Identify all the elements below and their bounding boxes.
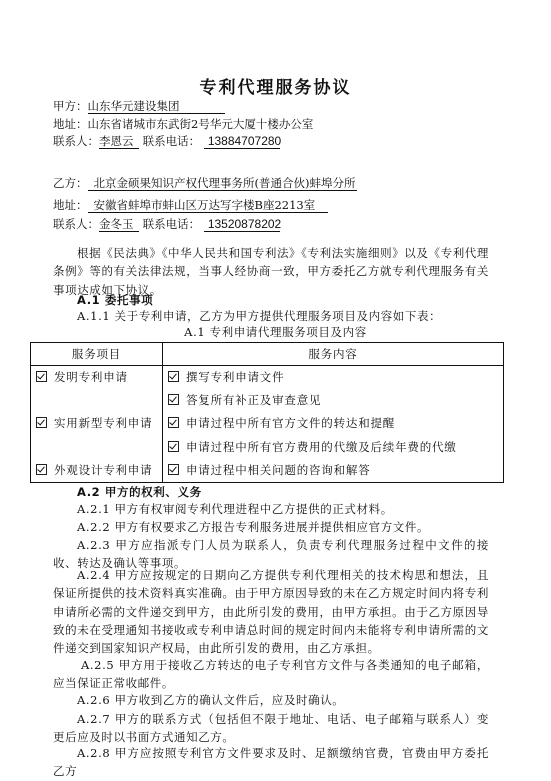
clause-a2-2: A.2.2 甲方有权要求乙方报告专利服务进展并提供相应官方文件。 — [53, 518, 489, 536]
checkbox-checked-icon[interactable] — [168, 394, 179, 405]
checkbox-checked-icon[interactable] — [168, 464, 179, 475]
service-item-invention[interactable]: 发明专利申请 — [31, 366, 162, 389]
service-item-label: 发明专利申请 — [54, 370, 128, 384]
party-b-contact-line: 联系人：金冬玉 联系电话： 13520878202 — [53, 216, 280, 232]
checkbox-checked-icon[interactable] — [36, 417, 47, 428]
service-table: 服务项目 服务内容 发明专利申请 实用新型专利申请 外观设计专利申请 撰写专利申… — [30, 342, 504, 483]
party-a-contact: 李恩云 — [99, 134, 139, 149]
table-caption: A.1 专利申请代理服务项目及内容 — [0, 324, 551, 340]
party-a-phone-label: 联系电话： — [143, 134, 201, 148]
service-content-item[interactable]: 申请过程中所有官方费用的代缴及后续年费的代缴 — [163, 436, 503, 459]
spacer — [31, 389, 162, 412]
service-items-cell: 发明专利申请 实用新型专利申请 外观设计专利申请 — [31, 366, 163, 483]
party-b-label: 乙方： — [53, 176, 88, 190]
clause-a2-8: A.2.8 甲方应按照专利官方文件要求及时、足额缴纳官费，官费由甲方委托乙方 — [53, 744, 489, 781]
table-header-row: 服务项目 服务内容 — [31, 343, 504, 366]
party-b-contact-label: 联系人： — [53, 217, 99, 231]
header-service-items: 服务项目 — [31, 343, 163, 366]
clause-a2-5: A.2.5 甲方用于接收乙方转达的电子专利官方文件与各类通知的电子邮箱，应当保证… — [53, 656, 489, 693]
party-a-contact-line: 联系人：李恩云 联系电话： 13884707280 — [53, 133, 280, 149]
service-item-utility-model[interactable]: 实用新型专利申请 — [31, 412, 162, 435]
party-b-phone: 13520878202 — [204, 217, 280, 232]
section-a2-heading: A.2 甲方的权利、义务 — [53, 483, 202, 501]
party-b-address-label: 地址： — [53, 198, 88, 212]
checkbox-checked-icon[interactable] — [168, 371, 179, 382]
party-b-address: 安徽省蚌埠市蚌山区万达写字楼B座2213室 — [88, 198, 328, 213]
party-a-address-line: 地址：山东省诸城市东武街2号华元大厦十楼办公室 — [53, 116, 313, 132]
party-a-label: 甲方： — [53, 99, 88, 113]
service-content-label: 申请过程中所有官方文件的转达和提醒 — [186, 416, 395, 430]
party-b-address-line: 地址：安徽省蚌埠市蚌山区万达写字楼B座2213室 — [53, 197, 328, 213]
service-content-item[interactable]: 申请过程中所有官方文件的转达和提醒 — [163, 412, 503, 435]
spacer — [31, 436, 162, 459]
party-a-line: 甲方：山东华元建设集团 — [53, 98, 225, 114]
clause-a2-4: A.2.4 甲方应按规定的日期向乙方提供专利代理相关的技术构思和想法，且保证所提… — [53, 566, 489, 657]
party-a-phone: 13884707280 — [204, 134, 280, 149]
service-content-label: 撰写专利申请文件 — [186, 370, 284, 384]
party-b-line: 乙方：北京金硕果知识产权代理事务所(普通合伙)蚌埠分所 — [53, 175, 357, 191]
service-item-label: 外观设计专利申请 — [54, 463, 152, 477]
service-content-item[interactable]: 答复所有补正及审查意见 — [163, 389, 503, 412]
table-body-row: 发明专利申请 实用新型专利申请 外观设计专利申请 撰写专利申请文件 答复所有补正… — [31, 366, 504, 483]
service-content-label: 申请过程中相关问题的咨询和解答 — [186, 463, 371, 477]
clause-a2-6: A.2.6 甲方收到乙方的确认文件后，应及时确认。 — [53, 691, 489, 709]
clause-a2-1: A.2.1 甲方有权审阅专利代理进程中乙方提供的正式材料。 — [53, 500, 489, 518]
checkbox-checked-icon[interactable] — [36, 371, 47, 382]
party-b-name: 北京金硕果知识产权代理事务所(普通合伙)蚌埠分所 — [88, 176, 358, 191]
service-content-label: 答复所有补正及审查意见 — [186, 393, 321, 407]
document-title: 专利代理服务协议 — [0, 73, 551, 98]
clause-a2-7: A.2.7 甲方的联系方式（包括但不限于地址、电话、电子邮箱与联系人）变更后应及… — [53, 710, 489, 747]
header-service-contents: 服务内容 — [163, 343, 504, 366]
party-b-phone-label: 联系电话： — [143, 217, 201, 231]
checkbox-checked-icon[interactable] — [168, 417, 179, 428]
service-item-label: 实用新型专利申请 — [54, 416, 152, 430]
party-b-contact: 金冬玉 — [99, 217, 139, 232]
service-contents-cell: 撰写专利申请文件 答复所有补正及审查意见 申请过程中所有官方文件的转达和提醒 申… — [163, 366, 504, 483]
service-content-item[interactable]: 申请过程中相关问题的咨询和解答 — [163, 459, 503, 482]
clause-a1-1: A.1.1 关于专利申请，乙方为甲方提供代理服务项目及内容如下表： — [53, 307, 489, 325]
service-item-design[interactable]: 外观设计专利申请 — [31, 459, 162, 482]
party-a-address-label: 地址： — [53, 117, 88, 131]
checkbox-checked-icon[interactable] — [36, 464, 47, 475]
party-a-contact-label: 联系人： — [53, 134, 99, 148]
service-content-label: 申请过程中所有官方费用的代缴及后续年费的代缴 — [186, 440, 457, 454]
checkbox-checked-icon[interactable] — [168, 441, 179, 452]
party-a-address: 山东省诸城市东武街2号华元大厦十楼办公室 — [88, 117, 314, 131]
party-a-name: 山东华元建设集团 — [88, 99, 225, 114]
service-content-item[interactable]: 撰写专利申请文件 — [163, 366, 503, 389]
